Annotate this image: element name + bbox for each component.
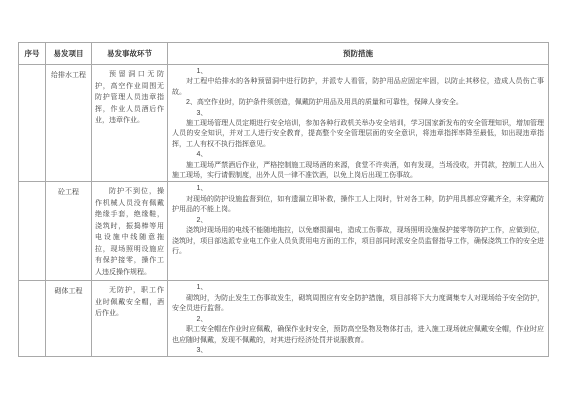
- measure-number: 1、: [172, 283, 544, 293]
- cell-project: 砌体工程: [46, 281, 92, 357]
- cell-prevention: 1、 对现场的防护设施监督到位，如有遗漏立即补救，操作工人上岗时，针对各工种，防…: [168, 182, 549, 281]
- measure-text: 2、高空作业时，防护条件须创造，佩戴防护用品及用具的质量和可靠性，保障人身安全。: [172, 98, 544, 108]
- prevention-measures: 1、 砌筑时，为防止发生工伤事故发生，砌筑周围应有安全防护措施，项目部将下大力度…: [168, 281, 548, 356]
- table-row: 砼工程 防护不到位，操作机械人员没有佩戴绝缘手套，绝缘鞋，浇筑时，振捣棒等用电设…: [19, 182, 549, 281]
- table-row: 砌体工程 无防护，职工作业时佩戴安全帽，酒后作业。 1、 砌筑时，为防止发生工伤…: [19, 281, 549, 357]
- cell-project: 砼工程: [46, 182, 92, 281]
- measure-number: 4、: [172, 150, 544, 160]
- col-header-prevention: 预防措施: [168, 43, 549, 65]
- measure-text: 砌筑时，为防止发生工伤事故发生，砌筑周围应有安全防护措施，项目部将下大力度调集专…: [172, 294, 544, 315]
- header-row: 序号 易发项目 易发事故环节 预防措施: [19, 43, 549, 65]
- measure-text: 对现场的防护设施监督到位，如有遗漏立即补救，操作工人上岗时，针对各工种，防护用具…: [172, 195, 544, 216]
- col-header-project: 易发项目: [46, 43, 92, 65]
- measure-text: 施工现场严禁酒后作业，严格控制施工现场酒的来源，食堂不许卖酒，如有发现，当场没收…: [172, 161, 544, 182]
- cell-project: 给排水工程: [46, 65, 92, 182]
- cell-accident-stage: 防护不到位，操作机械人员没有佩戴绝缘手套，绝缘鞋，浇筑时，振捣棒等用电设施中线随…: [92, 182, 168, 281]
- cell-serial: [19, 281, 46, 357]
- accident-stage-text: 无防护，职工作业时佩戴安全帽，酒后作业。: [92, 281, 167, 320]
- cell-serial: [19, 65, 46, 182]
- cell-accident-stage: 预留洞口无防护，高空作业周围无防护管理人员违章指挥，作业人员酒后作业，违章作业。: [92, 65, 168, 182]
- measure-number: 3、: [172, 109, 544, 119]
- document-page: 序号 易发项目 易发事故环节 预防措施 给排水工程 预留洞口无防护，高空作业周围…: [0, 0, 565, 400]
- prevention-measures: 1、 对工程中给排水的各种预留洞中进行防护，并派专人看管，防护用品应固定牢固，以…: [168, 65, 548, 181]
- measure-number: 2、: [172, 315, 544, 325]
- cell-prevention: 1、 砌筑时，为防止发生工伤事故发生，砌筑周围应有安全防护措施，项目部将下大力度…: [168, 281, 549, 357]
- measure-number: 2、: [172, 216, 544, 226]
- measure-number: 1、: [172, 184, 544, 194]
- prevention-measures: 1、 对现场的防护设施监督到位，如有遗漏立即补救，操作工人上岗时，针对各工种，防…: [168, 182, 548, 257]
- table-row: 给排水工程 预留洞口无防护，高空作业周围无防护管理人员违章指挥，作业人员酒后作业…: [19, 65, 549, 182]
- col-header-serial: 序号: [19, 43, 46, 65]
- hazard-prevention-table: 序号 易发项目 易发事故环节 预防措施 给排水工程 预留洞口无防护，高空作业周围…: [18, 42, 549, 357]
- cell-serial: [19, 182, 46, 281]
- accident-stage-text: 防护不到位，操作机械人员没有佩戴绝缘手套，绝缘鞋，浇筑时，振捣棒等用电设施中线随…: [92, 182, 167, 278]
- measure-text: 对工程中给排水的各种预留洞中进行防护，并派专人看管，防护用品应固定牢固，以防止其…: [172, 77, 544, 98]
- measure-number: 3、: [172, 346, 544, 356]
- measure-text: 施工现场管理人员定期进行安全培训，参加各种行政机关举办安全培训，学习国家新发布的…: [172, 119, 544, 150]
- measure-text: 职工安全帽在作业时应佩戴，确保作业时安全，预防高空坠物及物体打击，进入施工现场就…: [172, 325, 544, 346]
- cell-accident-stage: 无防护，职工作业时佩戴安全帽，酒后作业。: [92, 281, 168, 357]
- measure-text: 浇筑时现场用的电线不能随地拖拉，以免磨损漏电，造成工伤事故，现场照明设施保护接零…: [172, 226, 544, 257]
- col-header-accident-stage: 易发事故环节: [92, 43, 168, 65]
- accident-stage-text: 预留洞口无防护，高空作业周围无防护管理人员违章指挥，作业人员酒后作业，违章作业。: [92, 65, 167, 127]
- cell-prevention: 1、 对工程中给排水的各种预留洞中进行防护，并派专人看管，防护用品应固定牢固，以…: [168, 65, 549, 182]
- measure-number: 1、: [172, 67, 544, 77]
